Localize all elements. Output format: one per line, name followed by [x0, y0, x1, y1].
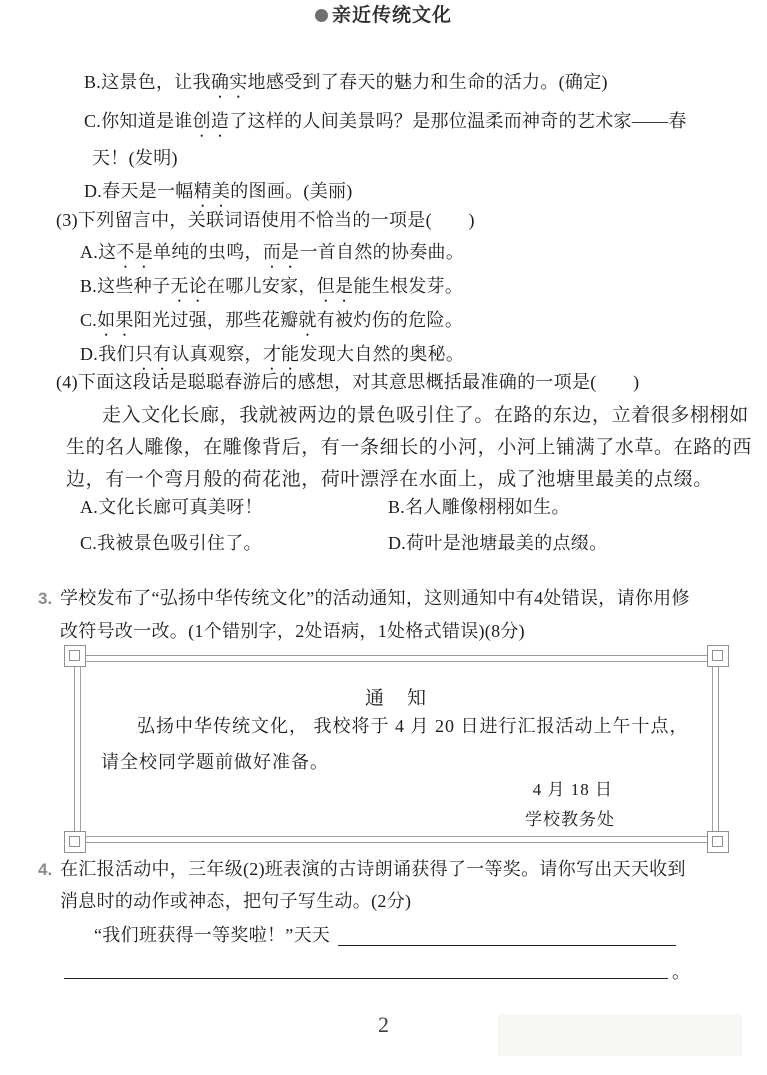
q2-sub3-stem: (3)下列留言中，关联词语使用不恰当的一项是( ) [56, 210, 475, 230]
option-text: B.这些种子 [80, 276, 170, 296]
date-text: 4 月 18 日 [533, 780, 613, 799]
option-text: 天！(发明) [92, 148, 178, 168]
emphasized-word: 不是 [116, 242, 153, 262]
page-number: 2 [0, 1012, 767, 1038]
option-text: B.这景色，让我 [84, 72, 211, 92]
q3-stem-line1: 学校发布了“弘扬中华传统文化”的活动通知，这则通知中有4处错误，请你用修 [60, 588, 690, 608]
answer-blank[interactable] [64, 959, 668, 979]
q2-sub3-option-b: B.这些种子无论在哪儿安家，但是能生根发芽。 [80, 276, 463, 306]
sentence-period: 。 [672, 962, 690, 982]
frame-corner-ornament [707, 831, 729, 853]
q2-sub4-passage-line: 生的名人雕像，在雕像背后，有一条细长的小河，小河上铺满了水草。在路的西 [66, 438, 752, 458]
stem-text: 改符号改一改。(1个错别字，2处语病，1处格式错误)(8分) [60, 621, 525, 641]
stem-text: (3)下列留言中，关联词语使用不恰当的一项是( ) [56, 210, 475, 230]
q2-sub3-option-a: A.这不是单纯的虫鸣，而是一首自然的协奏曲。 [80, 242, 464, 272]
notice-text: 请全校同学题前做好准备。 [101, 752, 329, 772]
frame-corner-ornament [64, 831, 86, 853]
notice-body-line1: 弘扬中华传统文化， 我校将于 4 月 20 日进行汇报活动上午十点， [137, 716, 689, 736]
option-text: A.文化长廊可真美呀！ [80, 497, 263, 517]
q2-sub3-option-c: C.如果阳光过强，那些花瓣就有被灼伤的危险。 [80, 310, 463, 340]
notice-text: 弘扬中华传统文化， 我校将于 4 月 20 日进行汇报活动上午十点， [137, 716, 689, 736]
q2-sub3-option-d: D.我们只有认真观察，才能发现大自然的奥秘。 [80, 344, 464, 374]
q2-sub4-passage-line: 走入文化长廊，我就被两边的景色吸引住了。在路的东边，立着很多栩栩如 [102, 406, 749, 426]
option-text: C.我被景色吸引住了。 [80, 533, 262, 553]
bullet-icon [315, 9, 328, 22]
q4-stem-line2: 消息时的动作或神态，把句子写生动。(2分) [60, 891, 411, 911]
q2-sub4-option-b: B.名人雕像栩栩如生。 [388, 497, 570, 517]
notice-box: 通 知 弘扬中华传统文化， 我校将于 4 月 20 日进行汇报活动上午十点， 请… [74, 655, 719, 843]
option-text: 了这样的人间美景吗？是那位温柔而神奇的艺术家——春 [229, 111, 687, 131]
q2-sub4-stem: (4)下面这段话是聪聪春游后的感想，对其意思概括最准确的一项是( ) [56, 372, 639, 392]
option-text: 一首自然的协奏曲。 [299, 242, 464, 262]
stem-text: 在汇报活动中，三年级(2)班表演的古诗朗诵获得了一等奖。请你写出天天收到 [60, 859, 686, 879]
q2-sub4-option-a: A.文化长廊可真美呀！ [80, 497, 263, 517]
emphasized-word: 无论 [170, 276, 207, 296]
stem-text: (4)下面这段话是聪聪春游后的感想，对其意思概括最准确的一项是( ) [56, 372, 639, 392]
notice-signer: 学校教务处 [525, 810, 615, 830]
passage-text: 边，有一个弯月般的荷花池，荷叶漂浮在水面上，成了池塘里最美的点缀。 [66, 469, 713, 490]
option-text: D.春天是一幅 [84, 181, 194, 201]
option-text: 单纯的虫鸣， [153, 242, 263, 262]
q4-stem-line1: 在汇报活动中，三年级(2)班表演的古诗朗诵获得了一等奖。请你写出天天收到 [60, 859, 686, 879]
option-text: 认真观察， [171, 344, 263, 364]
notice-body-line2: 请全校同学题前做好准备。 [101, 752, 329, 772]
option-text: C.你知道是谁 [84, 111, 193, 131]
q2-option-c-line2: 天！(发明) [92, 148, 178, 168]
q2-option-b: B.这景色，让我确实地感受到了春天的魅力和生命的活力。(确定) [84, 72, 608, 102]
frame-corner-ornament [707, 645, 729, 667]
emphasized-word: 精美 [194, 181, 231, 201]
q2-sub4-option-d: D.荷叶是池塘最美的点缀。 [388, 533, 607, 553]
q2-option-c-line1: C.你知道是谁创造了这样的人间美景吗？是那位温柔而神奇的艺术家——春 [84, 111, 687, 141]
option-text: 阳光过强，那些花瓣 [134, 310, 299, 330]
emphasized-word: 但是 [317, 276, 354, 296]
q2-option-d: D.春天是一幅精美的图画。(美丽) [84, 181, 353, 211]
section-title: 亲近传统文化 [332, 5, 452, 26]
option-text: D.我们 [80, 344, 135, 364]
emphasized-word: 创造 [193, 111, 230, 131]
quote-text: “我们班获得一等奖啦！”天天 [94, 925, 330, 945]
q2-sub4-passage-line: 边，有一个弯月般的荷花池，荷叶漂浮在水面上，成了池塘里最美的点缀。 [66, 470, 713, 490]
emphasized-word: 如果 [97, 310, 134, 330]
passage-text: 生的名人雕像，在雕像背后，有一条细长的小河，小河上铺满了水草。在路的西 [66, 437, 752, 458]
frame-corner-ornament [64, 645, 86, 667]
option-text: 在哪儿安家， [207, 276, 317, 296]
option-text: 的图画。(美丽) [230, 181, 352, 201]
option-text: B.名人雕像栩栩如生。 [388, 497, 570, 517]
option-text: 地感受到了春天的魅力和生命的活力。(确定) [248, 72, 608, 92]
emphasized-word: 才能 [263, 344, 300, 364]
section-header: 亲近传统文化 [0, 0, 767, 27]
option-text: D.荷叶是池塘最美的点缀。 [388, 533, 607, 553]
q4-quote-lead: “我们班获得一等奖啦！”天天 [94, 925, 330, 945]
option-text: 有被灼伤的危险。 [317, 310, 463, 330]
emphasized-word: 就 [298, 310, 316, 330]
exam-page: B.这景色，让我确实地感受到了春天的魅力和生命的活力。(确定) C.你知道是谁创… [0, 0, 767, 1075]
q4-number: 4. [38, 860, 52, 880]
stem-text: 学校发布了“弘扬中华传统文化”的活动通知，这则通知中有4处错误，请你用修 [60, 588, 690, 608]
notice-title: 通 知 [75, 683, 718, 710]
passage-text: 走入文化长廊，我就被两边的景色吸引住了。在路的东边，立着很多栩栩如 [102, 405, 749, 426]
emphasized-word: 而是 [263, 242, 300, 262]
emphasized-word: 只有 [135, 344, 172, 364]
q3-stem-line2: 改符号改一改。(1个错别字，2处语病，1处格式错误)(8分) [60, 621, 525, 641]
option-text: 能生根发芽。 [353, 276, 463, 296]
emphasized-word: 确实 [211, 72, 248, 92]
q2-sub4-option-c: C.我被景色吸引住了。 [80, 533, 262, 553]
option-text: C. [80, 310, 97, 330]
answer-blank[interactable] [338, 926, 676, 946]
q3-number: 3. [38, 589, 52, 609]
signer-text: 学校教务处 [525, 810, 615, 829]
option-text: A.这 [80, 242, 116, 262]
option-text: 发现大自然的奥秘。 [299, 344, 464, 364]
stem-text: 消息时的动作或神态，把句子写生动。(2分) [60, 891, 411, 911]
notice-date: 4 月 18 日 [533, 780, 613, 800]
